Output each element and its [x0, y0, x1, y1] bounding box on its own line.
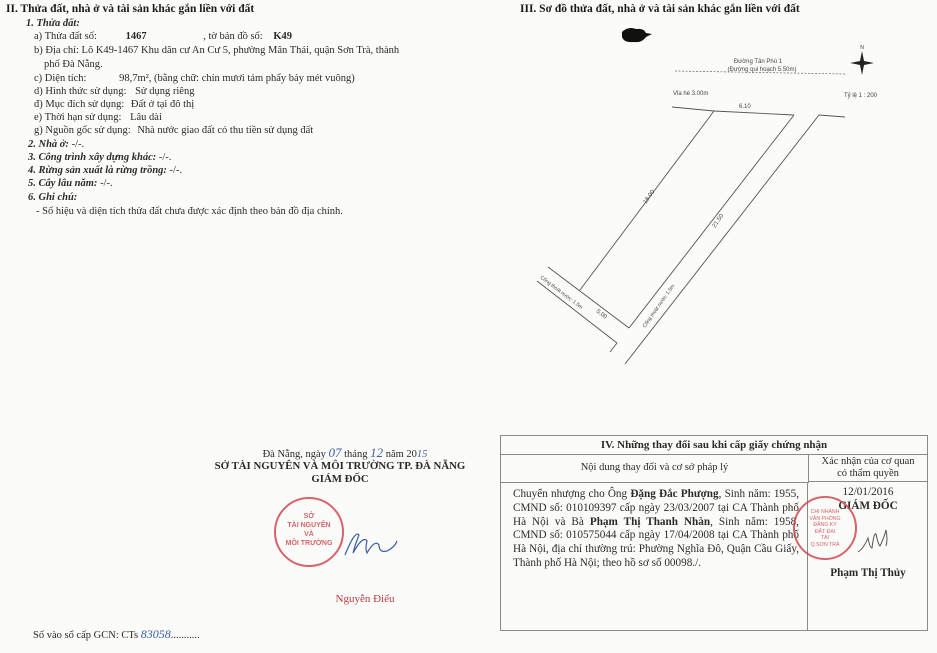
stamp-line: SỞ: [276, 512, 342, 521]
notes-value: - Số hiệu và diện tích thửa đất chưa đượ…: [36, 205, 343, 219]
sidewalk-label: Vỉa hè 3.00m: [673, 90, 708, 97]
entry-text: Chuyển nhượng cho Ông: [513, 488, 630, 500]
stamp-line: MÔI TRƯỜNG: [276, 539, 342, 548]
section4-title: IV. Những thay đổi sau khi cấp giấy chứn…: [501, 436, 927, 455]
changes-table: IV. Những thay đổi sau khi cấp giấy chứn…: [500, 435, 928, 631]
forest-value: -/-.: [170, 165, 183, 176]
dim-right-label: 21.50: [712, 213, 726, 229]
date-day: 07: [329, 445, 342, 460]
drain-left-label: Cống thoát nước: 1.5m: [539, 275, 584, 311]
address-row: b) Địa chỉ: Lô K49-1467 Khu dân cư An Cư…: [34, 44, 399, 58]
area-row: c) Diện tích: 98,7m², (bằng chữ: chín mư…: [34, 72, 355, 86]
other-construction-row: 3. Công trình xây dựng khác: -/-.: [28, 151, 171, 165]
usage-term-value: Lâu dài: [130, 112, 162, 123]
usage-origin-row: g) Nguồn gốc sử dụng: Nhà nước giao đất …: [34, 124, 313, 138]
area-label: c) Diện tích:: [34, 73, 86, 84]
house-row: 2. Nhà ở: -/-.: [28, 138, 84, 152]
stamp-line: TÀI NGUYÊN: [276, 521, 342, 530]
address-label: b) Địa chỉ:: [34, 45, 79, 56]
road-plan-label: (Đường qui hoạch 5.50m): [728, 67, 797, 73]
parcel-diagram: Đường Tân Phú 1 (Đường qui hoạch 5.50m) …: [500, 0, 937, 400]
entry-person2: Phạm Thị Thanh Nhàn: [590, 516, 710, 528]
perennial-label: 5. Cây lâu năm:: [28, 178, 97, 189]
col-header-content: Nội dung thay đổi và cơ sở pháp lý: [501, 454, 809, 483]
forest-label: 4. Rừng sản xuất là rừng trồng:: [28, 165, 167, 176]
usage-purpose-label: đ) Mục đích sử dụng:: [34, 99, 124, 110]
road-name-label: Đường Tân Phú 1: [734, 59, 783, 65]
dim-front-label: 6.10: [739, 104, 751, 110]
usage-term-label: e) Thời hạn sử dụng:: [34, 112, 121, 123]
month-label: tháng: [344, 449, 367, 460]
signature-1: [335, 525, 410, 565]
official-stamp: SỞ TÀI NGUYÊN VÀ MÔI TRƯỜNG: [274, 497, 344, 567]
register-label: Số vào sổ cấp GCN: CTs: [33, 630, 138, 641]
usage-origin-label: g) Nguồn gốc sử dụng:: [34, 125, 131, 136]
branch-stamp: CHI NHÁNH VĂN PHÒNG ĐĂNG KÝ ĐẤT ĐAI TẠI …: [793, 496, 857, 560]
agency-name: SỞ TÀI NGUYÊN VÀ MÔI TRƯỜNG TP. ĐÀ NẴNG: [195, 460, 485, 474]
parcel-heading: 1. Thửa đất:: [26, 17, 80, 31]
svg-text:N: N: [860, 45, 864, 51]
signer-name: Nguyễn Điểu: [310, 593, 420, 607]
north-arrow-icon: N: [850, 45, 874, 75]
parcel-boundary: [537, 107, 845, 364]
section2-title: II. Thửa đất, nhà ở và tài sản khác gắn …: [6, 3, 254, 17]
other-construction-label: 3. Công trình xây dựng khác:: [28, 152, 156, 163]
map-sheet-label: , tờ bản đồ số:: [203, 31, 263, 42]
house-label: 2. Nhà ở:: [28, 139, 69, 150]
register-number: Số vào sổ cấp GCN: CTs 83058...........: [33, 628, 200, 643]
signer-position: GIÁM ĐỐC: [195, 473, 485, 487]
stamp-line: VÀ: [276, 530, 342, 539]
usage-term-row: e) Thời hạn sử dụng: Lâu dài: [34, 111, 162, 125]
date-year: 15: [417, 449, 428, 460]
area-value: 98,7m², (bằng chữ: chín mươi tám phẩy bả…: [119, 73, 355, 84]
date-prefix: Đà Nẵng, ngày: [263, 449, 326, 460]
usage-form-value: Sử dụng riêng: [135, 86, 194, 97]
usage-purpose-value: Đất ở tại đô thị: [131, 99, 194, 110]
change-entry-content: Chuyển nhượng cho Ông Đặng Đắc Phượng, S…: [501, 482, 808, 630]
parcel-number-label: a) Thửa đất số:: [34, 31, 97, 42]
notes-label: 6. Ghi chú:: [28, 191, 77, 205]
dim-left-label: 18.00: [643, 189, 657, 205]
drain-right-label: Cống thoát nước: 1.5m: [642, 283, 677, 329]
usage-origin-value: Nhà nước giao đất có thu tiền sử dụng đấ…: [137, 125, 313, 136]
col-header-confirmation-line2: có thẩm quyền: [808, 468, 928, 480]
year-label: năm 20: [386, 449, 417, 460]
signature-2: [856, 526, 896, 556]
house-value: -/-.: [72, 139, 85, 150]
date-month: 12: [370, 445, 383, 460]
parcel-number-row: a) Thửa đất số: 1467 , tờ bản đồ số: K49: [34, 30, 292, 44]
register-dots: ...........: [171, 630, 200, 641]
address-value-line1: Lô K49-1467 Khu dân cư An Cư 5, phường M…: [82, 45, 400, 56]
perennial-value: -/-.: [100, 178, 113, 189]
address-value-line2: phố Đà Nẵng.: [44, 58, 103, 72]
forest-row: 4. Rừng sản xuất là rừng trồng: -/-.: [28, 164, 182, 178]
map-sheet-value: K49: [273, 31, 292, 42]
usage-purpose-row: đ) Mục đích sử dụng: Đất ở tại đô thị: [34, 98, 194, 112]
scale-label: Tỷ lệ 1 : 200: [844, 92, 878, 99]
register-value: 83058: [141, 627, 171, 641]
perennial-row: 5. Cây lâu năm: -/-.: [28, 177, 113, 191]
col-header-confirmation: Xác nhận của cơ quan có thẩm quyền: [808, 454, 928, 482]
stamp-line: Q.SƠN TRÀ: [795, 542, 855, 549]
col-header-confirmation-line1: Xác nhận của cơ quan: [808, 456, 928, 468]
entry-person1: Đặng Đắc Phượng: [630, 488, 718, 500]
usage-form-row: d) Hình thức sử dụng: Sử dụng riêng: [34, 85, 194, 99]
other-construction-value: -/-.: [159, 152, 172, 163]
confirm-signer: Phạm Thị Thủy: [808, 566, 928, 580]
parcel-number-value: 1467: [126, 31, 147, 42]
usage-form-label: d) Hình thức sử dụng:: [34, 86, 126, 97]
ink-blot: [622, 28, 652, 42]
